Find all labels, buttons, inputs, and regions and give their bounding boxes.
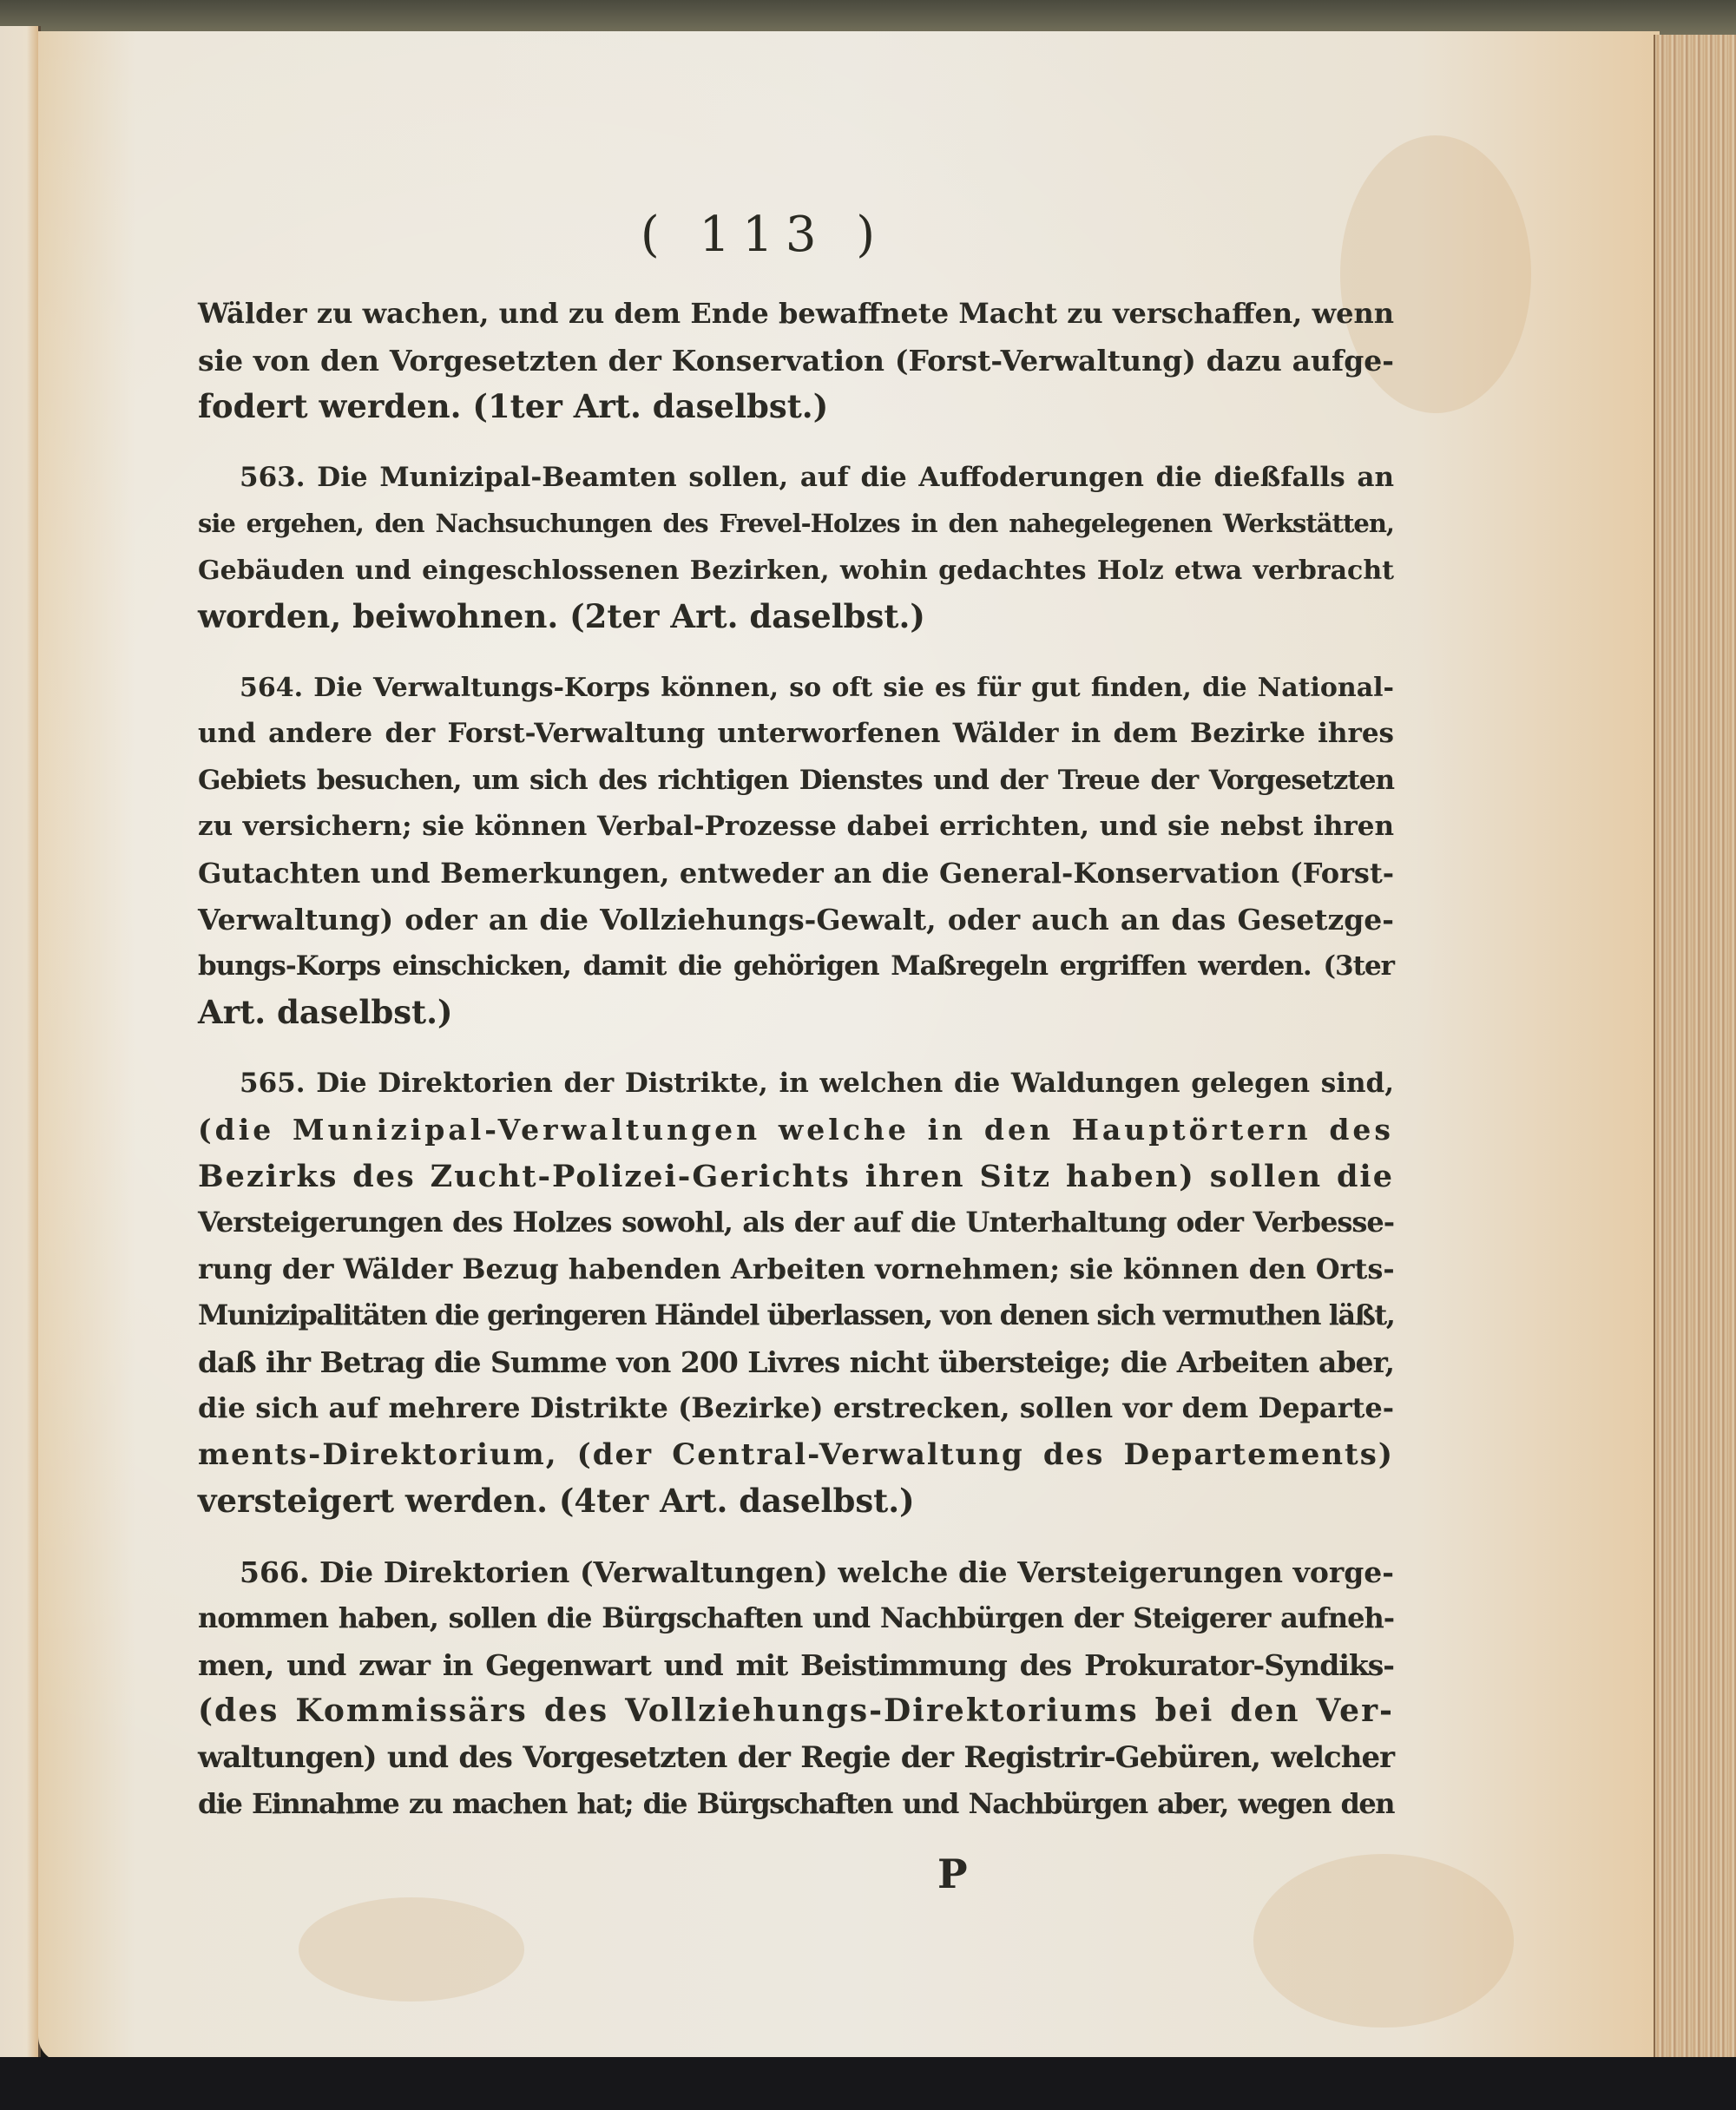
text-line: versteigert werden. (4ter Art. daselbst.… [198, 1478, 1394, 1525]
paper-stain [299, 1897, 524, 2002]
text-line: Versteigerungen des Holzes sowohl, als d… [198, 1200, 1394, 1246]
text-line: (die Munizipal-Verwaltungen welche in de… [198, 1107, 1394, 1154]
page-edges-stack [1654, 35, 1736, 2057]
text-line: Munizipalitäten die geringeren Händel üb… [198, 1292, 1394, 1339]
text-line: Art. daselbst.) [198, 989, 1394, 1036]
paragraph-563: 563. Die Munizipal-Beamten sollen, auf d… [198, 455, 1394, 641]
paragraph-566: 566. Die Direktorien (Verwaltungen) welc… [198, 1549, 1394, 1828]
text-line: 566. Die Direktorien (Verwaltungen) welc… [198, 1549, 1394, 1596]
body-text: Wälder zu wachen, und zu dem Ende bewaff… [198, 291, 1394, 1828]
text-line: men, und zwar in Gegenwart und mit Beist… [198, 1642, 1394, 1689]
page-number: ( 113 ) [0, 207, 1528, 263]
paragraph-564: 564. Die Verwaltungs-Korps können, so of… [198, 665, 1394, 1036]
text-line: Wälder zu wachen, und zu dem Ende bewaff… [198, 291, 1394, 338]
text-line: fodert werden. (1ter Art. daselbst.) [198, 384, 1394, 431]
text-line: 564. Die Verwaltungs-Korps können, so of… [198, 665, 1394, 712]
paragraph-565: 565. Die Direktorien der Distrikte, in w… [198, 1061, 1394, 1525]
text-line: (des Kommissärs des Vollziehungs-Direkto… [198, 1688, 1394, 1735]
text-line: Gebäuden und eingeschlossenen Bezirken, … [198, 548, 1394, 595]
text-line: Bezirks des Zucht-Polizei-Gerichts ihren… [198, 1154, 1394, 1200]
text-line: Gutachten und Bemerkungen, entweder an d… [198, 851, 1394, 897]
text-line: Gebiets besuchen, um sich des richtigen … [198, 758, 1394, 805]
text-line: und andere der Forst-Verwaltung unterwor… [198, 711, 1394, 758]
text-line: daß ihr Betrag die Summe von 200 Livres … [198, 1339, 1394, 1386]
text-line: worden, beiwohnen. (2ter Art. daselbst.) [198, 594, 1394, 641]
text-line: waltungen) und des Vorgesetzten der Regi… [198, 1735, 1394, 1782]
text-line: ments-Direktorium, (der Central-Verwaltu… [198, 1432, 1394, 1479]
text-line: rung der Wälder Bezug habenden Arbeiten … [198, 1246, 1394, 1293]
text-line: die sich auf mehrere Distrikte (Bezirke)… [198, 1385, 1394, 1432]
text-line: 565. Die Direktorien der Distrikte, in w… [198, 1061, 1394, 1108]
text-line: bungs-Korps einschicken, damit die gehör… [198, 943, 1394, 990]
text-line: nommen haben, sollen die Bürgschaften un… [198, 1595, 1394, 1642]
facing-page-edge [0, 26, 41, 2109]
background-shadow [0, 2057, 1736, 2110]
text-line: Verwaltung) oder an die Vollziehungs-Gew… [198, 897, 1394, 943]
text-line: 563. Die Munizipal-Beamten sollen, auf d… [198, 455, 1394, 502]
text-line: zu versichern; sie können Verbal-Prozess… [198, 804, 1394, 851]
catchword-signature: P [937, 1850, 968, 1897]
text-line: sie ergehen, den Nachsuchungen des Freve… [198, 501, 1394, 548]
paper-stain [1253, 1854, 1514, 2028]
paragraph-continuation: Wälder zu wachen, und zu dem Ende bewaff… [198, 291, 1394, 431]
text-line: die Einnahme zu machen hat; die Bürgscha… [198, 1781, 1394, 1828]
text-line: sie von den Vorgesetzten der Konservatio… [198, 338, 1394, 385]
